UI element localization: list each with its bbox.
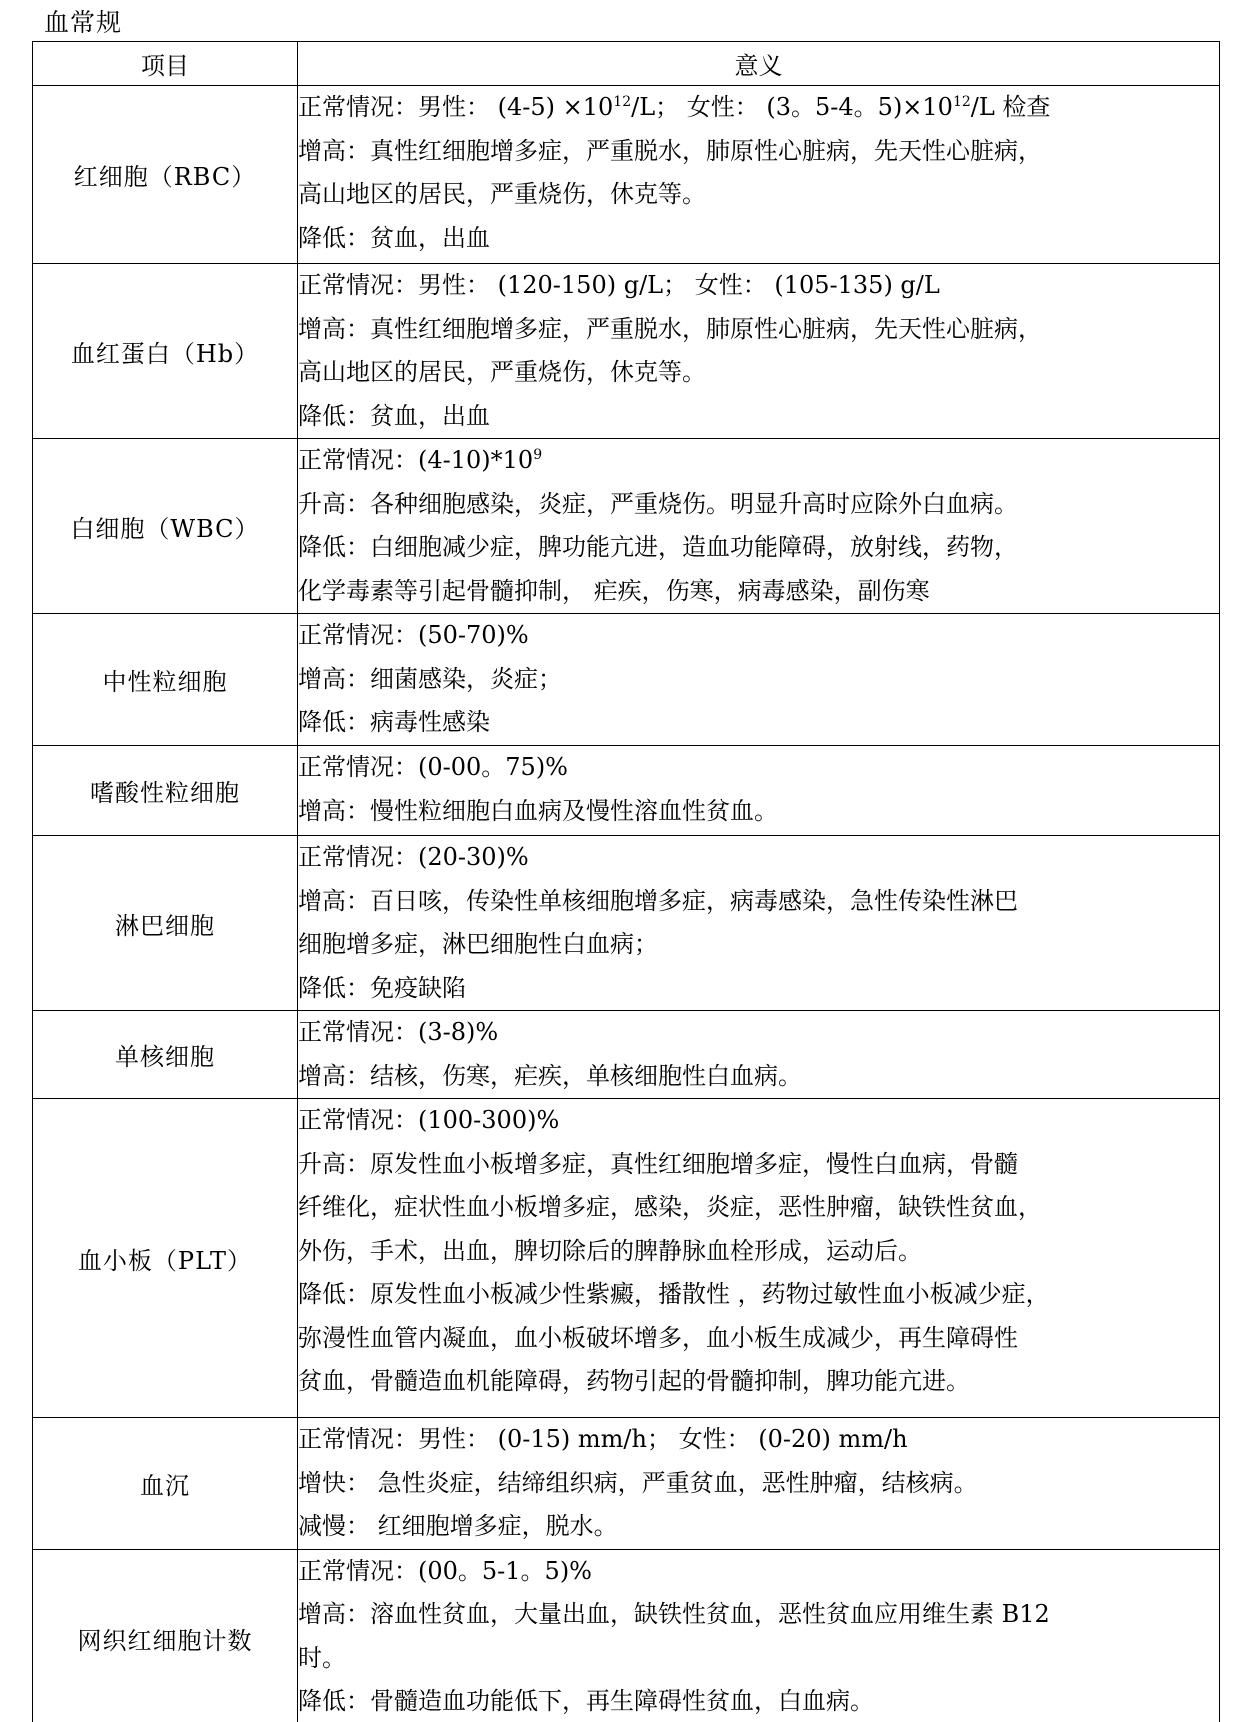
table-body: 红细胞（RBC）正常情况：男性： (4-5) ×1012/L； 女性： (3。5… — [33, 86, 1220, 1722]
meaning-line: 降低：贫血，出血 — [298, 217, 1219, 261]
meaning-text: 升高：各种细胞感染，炎症，严重烧伤。明显升高时应除外白血病。 — [298, 490, 1018, 518]
meaning-line: 增高：慢性粒细胞白血病及慢性溶血性贫血。 — [298, 790, 1219, 834]
meaning-text: 降低：骨髓造血功能低下，再生障碍性贫血，白血病。 — [298, 1687, 874, 1715]
table-row: 单核细胞正常情况：(3-8)%增高：结核，伤寒，疟疾，单核细胞性白血病。 — [33, 1011, 1220, 1099]
meaning-line: 增高：真性红细胞增多症，严重脱水，肺原性心脏病，先天性心脏病， — [298, 308, 1219, 352]
meaning-text: 细胞增多症，淋巴细胞性白血病； — [298, 930, 658, 958]
table-row: 淋巴细胞正常情况：(20-30)%增高：百日咳，传染性单核细胞增多症，病毒感染，… — [33, 836, 1220, 1011]
meaning-text: 正常情况：(4-10)*10 — [298, 446, 533, 474]
meaning-line: 正常情况：男性： (4-5) ×1012/L； 女性： (3。5-4。5)×10… — [298, 86, 1219, 130]
meaning-text: 高山地区的居民，严重烧伤，休克等。 — [298, 180, 706, 208]
meaning-text: 增高：真性红细胞增多症，严重脱水，肺原性心脏病，先天性心脏病， — [298, 137, 1042, 165]
meaning-line: 正常情况：男性： (120-150) g/L； 女性： (105-135) g/… — [298, 264, 1219, 308]
column-header-meaning: 意义 — [298, 42, 1220, 86]
meaning-text: 正常情况：(0-00。75)% — [298, 753, 568, 781]
meaning-line: 细胞增多症，淋巴细胞性白血病； — [298, 923, 1219, 967]
item-name-cell: 淋巴细胞 — [33, 836, 298, 1011]
table-row: 网织红细胞计数正常情况：(00。5-1。5)%增高：溶血性贫血，大量出血，缺铁性… — [33, 1549, 1220, 1722]
meaning-line: 化学毒素等引起骨髓抑制， 疟疾，伤寒，病毒感染，副伤寒 — [298, 570, 1219, 614]
meaning-text: 降低：贫血，出血 — [298, 402, 490, 430]
meaning-text: 降低：白细胞减少症，脾功能亢进，造血功能障碍，放射线，药物， — [298, 533, 1018, 561]
meaning-text: 正常情况：(20-30)% — [298, 843, 529, 871]
meaning-line: 时。 — [298, 1637, 1219, 1681]
meaning-line: 高山地区的居民，严重烧伤，休克等。 — [298, 351, 1219, 395]
item-name-cell: 单核细胞 — [33, 1011, 298, 1099]
item-name-cell: 血小板（PLT） — [33, 1099, 298, 1418]
meaning-text: 正常情况：(00。5-1。5)% — [298, 1557, 592, 1585]
meaning-cell: 正常情况：(50-70)%增高：细菌感染，炎症；降低：病毒性感染 — [298, 614, 1220, 746]
meaning-text: 高山地区的居民，严重烧伤，休克等。 — [298, 358, 706, 386]
item-name-cell: 嗜酸性粒细胞 — [33, 746, 298, 836]
meaning-cell: 正常情况：(3-8)%增高：结核，伤寒，疟疾，单核细胞性白血病。 — [298, 1011, 1220, 1099]
meaning-text: 降低：原发性血小板减少性紫癜，播散性 ，药物过敏性血小板减少症， — [298, 1280, 1050, 1308]
meaning-line: 增高：真性红细胞增多症，严重脱水，肺原性心脏病，先天性心脏病， — [298, 130, 1219, 174]
meaning-text: 降低：免疫缺陷 — [298, 974, 466, 1002]
meaning-text: 增快： 急性炎症，结缔组织病，严重贫血，恶性肿瘤，结核病。 — [298, 1469, 978, 1497]
item-name-cell: 白细胞（WBC） — [33, 439, 298, 614]
exponent-text: 9 — [533, 447, 542, 463]
meaning-line: 升高：各种细胞感染，炎症，严重烧伤。明显升高时应除外白血病。 — [298, 483, 1219, 527]
meaning-text: 增高：结核，伤寒，疟疾，单核细胞性白血病。 — [298, 1062, 802, 1090]
item-name-cell: 网织红细胞计数 — [33, 1549, 298, 1722]
meaning-text: 弥漫性血管内凝血，血小板破坏增多，血小板生成减少，再生障碍性 — [298, 1324, 1018, 1352]
meaning-line: 增高：溶血性贫血，大量出血，缺铁性贫血，恶性贫血应用维生素 B12 — [298, 1593, 1219, 1637]
meaning-line: 降低：贫血，出血 — [298, 395, 1219, 439]
meaning-line: 正常情况：(100-300)% — [298, 1099, 1219, 1143]
item-name-cell: 红细胞（RBC） — [33, 86, 298, 264]
meaning-line: 正常情况：(4-10)*109 — [298, 439, 1219, 483]
meaning-text: /L 检查 — [971, 93, 1051, 121]
meaning-cell: 正常情况：男性： (0-15) mm/h； 女性： (0-20) mm/h增快：… — [298, 1418, 1220, 1550]
meaning-line: 增快： 急性炎症，结缔组织病，严重贫血，恶性肿瘤，结核病。 — [298, 1462, 1219, 1506]
meaning-text: 增高：细菌感染，炎症； — [298, 665, 562, 693]
meaning-text: 增高：真性红细胞增多症，严重脱水，肺原性心脏病，先天性心脏病， — [298, 315, 1042, 343]
meaning-line: 正常情况：(3-8)% — [298, 1011, 1219, 1055]
meaning-text: 升高：原发性血小板增多症，真性红细胞增多症，慢性白血病，骨髓 — [298, 1150, 1018, 1178]
meaning-cell: 正常情况：男性： (120-150) g/L； 女性： (105-135) g/… — [298, 264, 1220, 439]
meaning-text: 时。 — [298, 1644, 346, 1672]
meaning-line: 增高：细菌感染，炎症； — [298, 658, 1219, 702]
meaning-line: 减慢： 红细胞增多症，脱水。 — [298, 1505, 1219, 1549]
meaning-text: 正常情况：(3-8)% — [298, 1018, 498, 1046]
meaning-line: 正常情况：(00。5-1。5)% — [298, 1550, 1219, 1594]
meaning-text: 减慢： 红细胞增多症，脱水。 — [298, 1512, 618, 1540]
meaning-cell: 正常情况：男性： (4-5) ×1012/L； 女性： (3。5-4。5)×10… — [298, 86, 1220, 264]
meaning-cell: 正常情况：(20-30)%增高：百日咳，传染性单核细胞增多症，病毒感染，急性传染… — [298, 836, 1220, 1011]
table-row: 血小板（PLT）正常情况：(100-300)%升高：原发性血小板增多症，真性红细… — [33, 1099, 1220, 1418]
meaning-cell: 正常情况：(00。5-1。5)%增高：溶血性贫血，大量出血，缺铁性贫血，恶性贫血… — [298, 1549, 1220, 1722]
table-row: 血红蛋白（Hb）正常情况：男性： (120-150) g/L； 女性： (105… — [33, 264, 1220, 439]
table-row: 嗜酸性粒细胞正常情况：(0-00。75)%增高：慢性粒细胞白血病及慢性溶血性贫血… — [33, 746, 1220, 836]
meaning-text: 正常情况：男性： (0-15) mm/h； 女性： (0-20) mm/h — [298, 1425, 908, 1453]
meaning-line: 高山地区的居民，严重烧伤，休克等。 — [298, 173, 1219, 217]
meaning-text: 化学毒素等引起骨髓抑制， 疟疾，伤寒，病毒感染，副伤寒 — [298, 577, 930, 605]
meaning-line: 正常情况：(0-00。75)% — [298, 746, 1219, 790]
meaning-text: 纤维化，症状性血小板增多症，感染，炎症，恶性肿瘤，缺铁性贫血， — [298, 1193, 1042, 1221]
meaning-text: 降低：贫血，出血 — [298, 224, 490, 252]
meaning-text: 降低：病毒性感染 — [298, 708, 490, 736]
meaning-line: 外伤，手术，出血，脾切除后的脾静脉血栓形成，运动后。 — [298, 1230, 1219, 1274]
meaning-cell: 正常情况：(0-00。75)%增高：慢性粒细胞白血病及慢性溶血性贫血。 — [298, 746, 1220, 836]
meaning-text: 正常情况：(50-70)% — [298, 621, 529, 649]
meaning-text: 增高：百日咳，传染性单核细胞增多症，病毒感染，急性传染性淋巴 — [298, 887, 1018, 915]
meaning-text: 增高：慢性粒细胞白血病及慢性溶血性贫血。 — [298, 797, 778, 825]
table-row: 红细胞（RBC）正常情况：男性： (4-5) ×1012/L； 女性： (3。5… — [33, 86, 1220, 264]
column-header-item: 项目 — [33, 42, 298, 86]
meaning-cell: 正常情况：(4-10)*109升高：各种细胞感染，炎症，严重烧伤。明显升高时应除… — [298, 439, 1220, 614]
meaning-text: 外伤，手术，出血，脾切除后的脾静脉血栓形成，运动后。 — [298, 1237, 922, 1265]
item-name-cell: 血红蛋白（Hb） — [33, 264, 298, 439]
meaning-text: 贫血，骨髓造血机能障碍，药物引起的骨髓抑制，脾功能亢进。 — [298, 1367, 970, 1395]
table-header-row: 项目 意义 — [33, 42, 1220, 86]
table-row: 白细胞（WBC）正常情况：(4-10)*109升高：各种细胞感染，炎症，严重烧伤… — [33, 439, 1220, 614]
meaning-line: 降低：原发性血小板减少性紫癜，播散性 ，药物过敏性血小板减少症， — [298, 1273, 1219, 1317]
meaning-line: 降低：免疫缺陷 — [298, 967, 1219, 1011]
meaning-line: 弥漫性血管内凝血，血小板破坏增多，血小板生成减少，再生障碍性 — [298, 1317, 1219, 1361]
meaning-line: 降低：病毒性感染 — [298, 701, 1219, 745]
meaning-line: 增高：百日咳，传染性单核细胞增多症，病毒感染，急性传染性淋巴 — [298, 880, 1219, 924]
meaning-text: 正常情况：(100-300)% — [298, 1106, 559, 1134]
meaning-text: 正常情况：男性： (120-150) g/L； 女性： (105-135) g/… — [298, 271, 940, 299]
blood-routine-table: 项目 意义 红细胞（RBC）正常情况：男性： (4-5) ×1012/L； 女性… — [32, 41, 1220, 1722]
table-row: 血沉正常情况：男性： (0-15) mm/h； 女性： (0-20) mm/h增… — [33, 1418, 1220, 1550]
meaning-text: 正常情况：男性： (4-5) ×10 — [298, 93, 613, 121]
meaning-text: /L； 女性： (3。5-4。5)×10 — [631, 93, 953, 121]
meaning-line: 纤维化，症状性血小板增多症，感染，炎症，恶性肿瘤，缺铁性贫血， — [298, 1186, 1219, 1230]
meaning-line: 增高：结核，伤寒，疟疾，单核细胞性白血病。 — [298, 1055, 1219, 1099]
meaning-line: 升高：原发性血小板增多症，真性红细胞增多症，慢性白血病，骨髓 — [298, 1143, 1219, 1187]
meaning-cell: 正常情况：(100-300)%升高：原发性血小板增多症，真性红细胞增多症，慢性白… — [298, 1099, 1220, 1418]
exponent-text: 12 — [613, 94, 631, 110]
meaning-line: 贫血，骨髓造血机能障碍，药物引起的骨髓抑制，脾功能亢进。 — [298, 1360, 1219, 1404]
meaning-line: 正常情况：(50-70)% — [298, 614, 1219, 658]
meaning-line: 正常情况：(20-30)% — [298, 836, 1219, 880]
table-row: 中性粒细胞正常情况：(50-70)%增高：细菌感染，炎症；降低：病毒性感染 — [33, 614, 1220, 746]
item-name-cell: 血沉 — [33, 1418, 298, 1550]
item-name-cell: 中性粒细胞 — [33, 614, 298, 746]
meaning-line: 降低：白细胞减少症，脾功能亢进，造血功能障碍，放射线，药物， — [298, 526, 1219, 570]
meaning-text: 增高：溶血性贫血，大量出血，缺铁性贫血，恶性贫血应用维生素 B12 — [298, 1600, 1050, 1628]
meaning-line: 降低：骨髓造血功能低下，再生障碍性贫血，白血病。 — [298, 1680, 1219, 1722]
document-title: 血常规 — [44, 6, 122, 40]
exponent-text: 12 — [953, 94, 971, 110]
meaning-line: 正常情况：男性： (0-15) mm/h； 女性： (0-20) mm/h — [298, 1418, 1219, 1462]
